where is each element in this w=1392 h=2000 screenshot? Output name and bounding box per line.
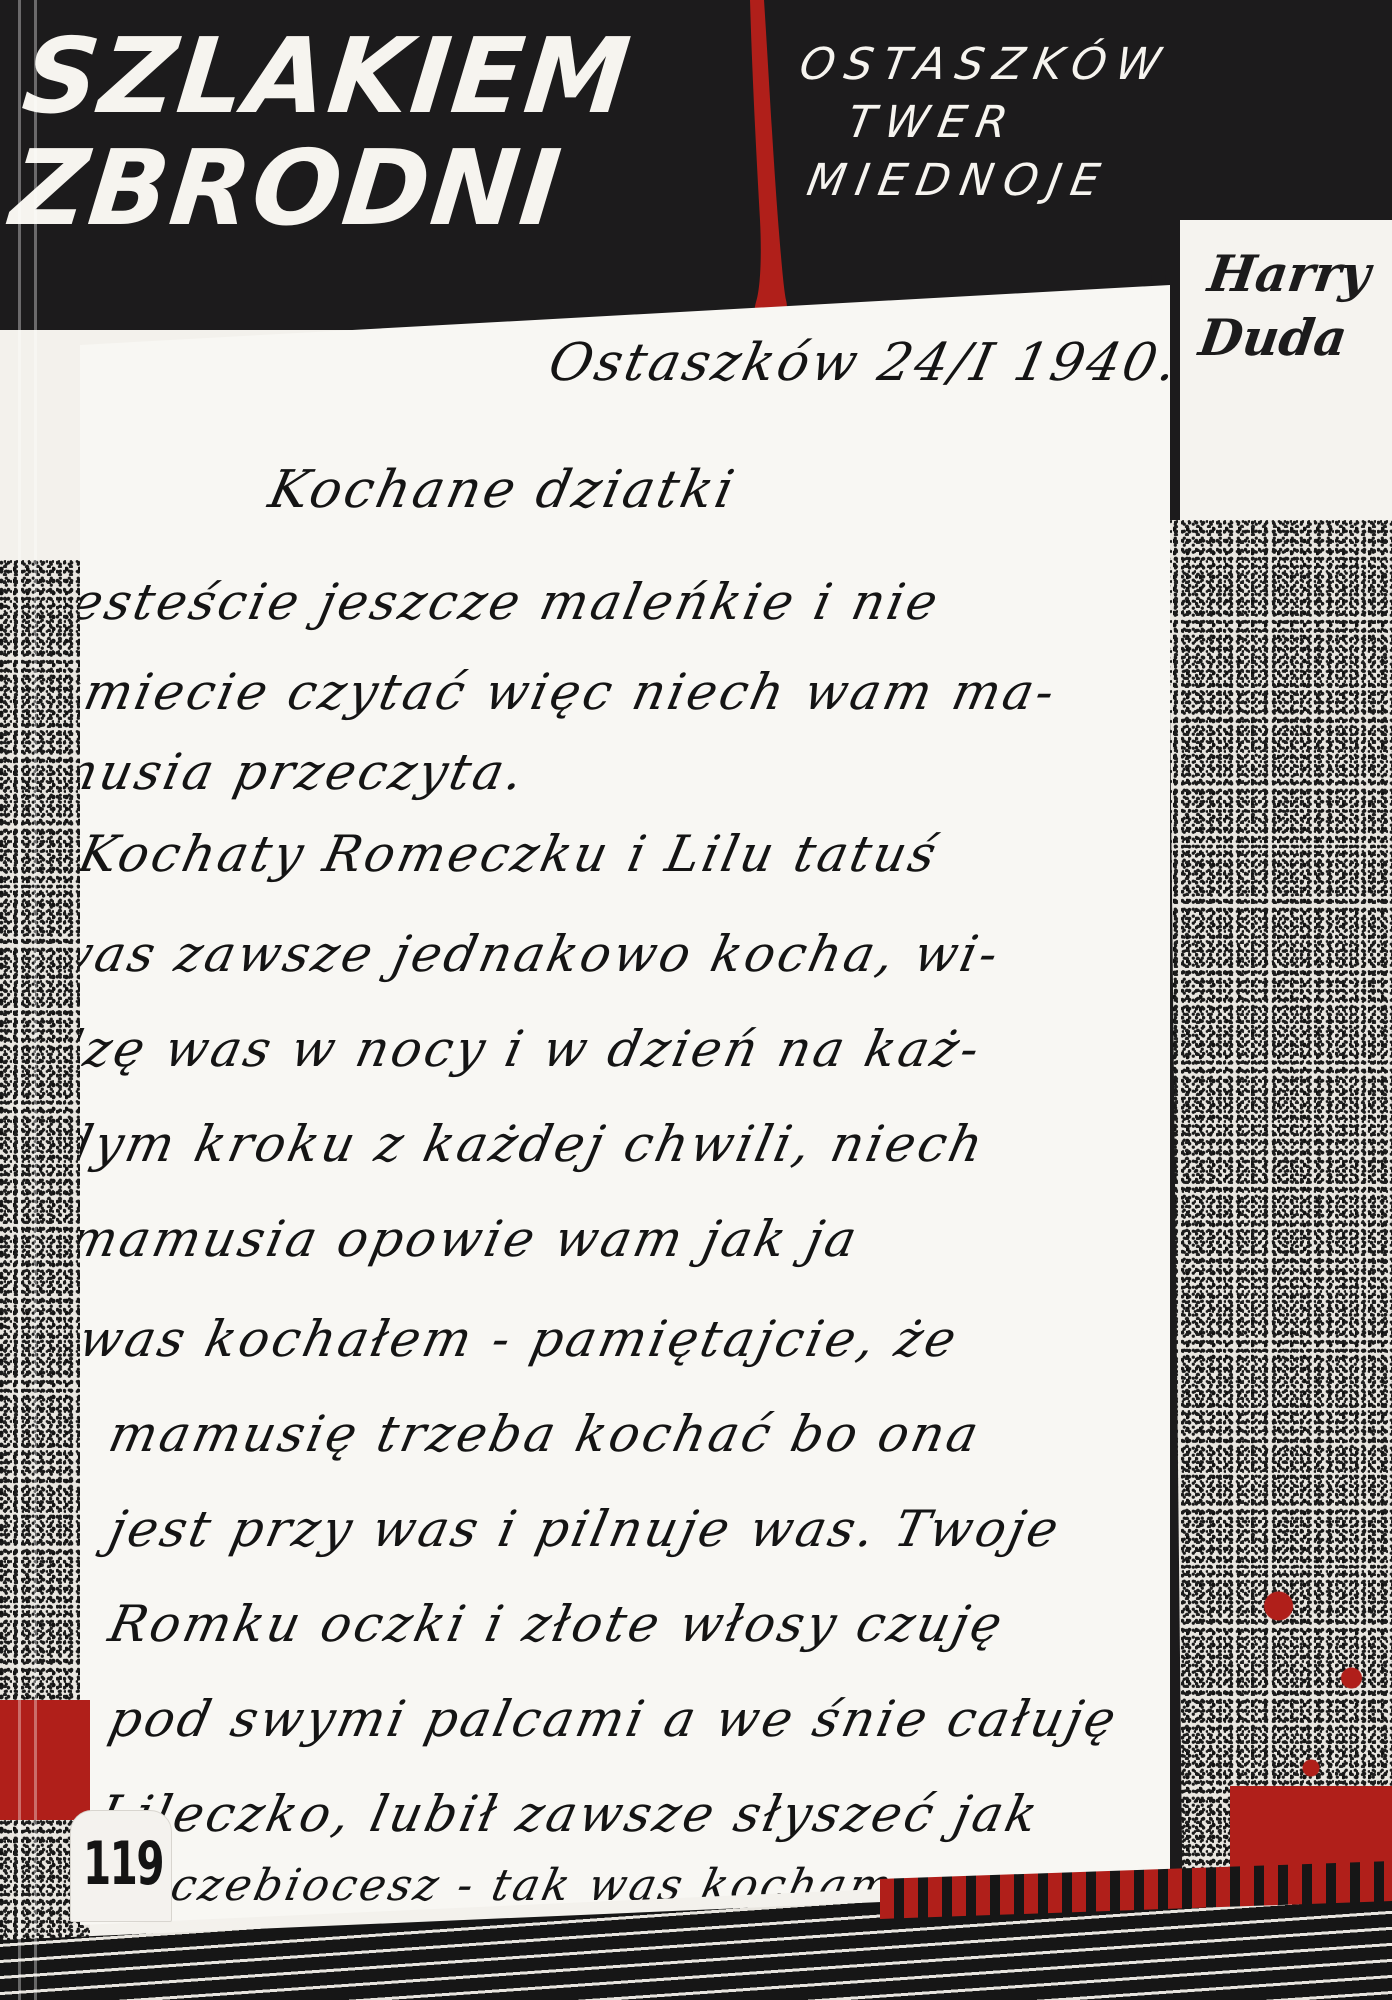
title-line-2: ZBRODNI: [6, 132, 625, 244]
author-last-name: Duda: [1195, 306, 1365, 370]
letter-line: was zawsze jednakowo kocha, wi-: [44, 925, 1006, 983]
book-cover: SZLAKIEM ZBRODNI OSTASZKÓW TWER MIEDNOJE…: [0, 0, 1392, 2000]
location-ostaszkow: OSTASZKÓW: [795, 36, 1175, 94]
letter-date: Ostaszków 24/I 1940.: [544, 333, 1186, 393]
letter-line: Romku oczki i złote włosy czuję: [104, 1595, 1010, 1653]
letter-line: dym kroku z każdej chwili, niech: [54, 1115, 991, 1173]
location-twer: TWER: [785, 94, 1165, 152]
letter-line: Jesteście jeszcze maleńkie i nie: [44, 573, 946, 631]
library-shelf-label: 119: [70, 1810, 172, 1922]
book-title: SZLAKIEM ZBRODNI: [6, 20, 636, 244]
letter-line: umiecie czytać więc niech wam ma-: [44, 663, 1063, 721]
letter-line: mamusię trzeba kochać bo ona: [104, 1405, 986, 1463]
library-number: 119: [83, 1829, 163, 1899]
letter-line: was kochałem - pamiętajcie, że: [74, 1310, 964, 1368]
blood-splatter-left: [0, 1700, 90, 1820]
letter-line: szczebiocesz - tak was kocham: [115, 1860, 900, 1911]
letter-line: pod swymi palcami a we śnie całuję: [104, 1690, 1124, 1748]
author-name: Harry Duda: [1195, 242, 1374, 370]
title-line-1: SZLAKIEM: [18, 20, 637, 132]
letter-line: Kochaty Romeczku i Lilu tatuś: [74, 825, 944, 883]
letter-line: jest przy was i pilnuje was. Twoje: [104, 1500, 1067, 1558]
location-miednoje: MIEDNOJE: [775, 152, 1155, 210]
spine-crease: [18, 0, 21, 2000]
letter-line: Lileczko, lubił zawsze słyszeć jak: [94, 1785, 1046, 1843]
author-first-name: Harry: [1204, 242, 1374, 306]
locations-subtitle: OSTASZKÓW TWER MIEDNOJE: [775, 36, 1175, 210]
letter-line: dzę was w nocy i w dzień na każ-: [44, 1020, 987, 1078]
spine-crease: [34, 0, 37, 2000]
handwritten-letter: Ostaszków 24/I 1940. Kochane dziatki Jes…: [80, 285, 1170, 1925]
letter-line: mamusia opowie wam jak ja: [64, 1210, 865, 1268]
author-card: Harry Duda: [1170, 212, 1392, 520]
letter-line: musia przeczyta.: [44, 743, 532, 801]
letter-greeting: Kochane dziatki: [264, 460, 742, 520]
blood-drip-icon: [742, 0, 802, 330]
